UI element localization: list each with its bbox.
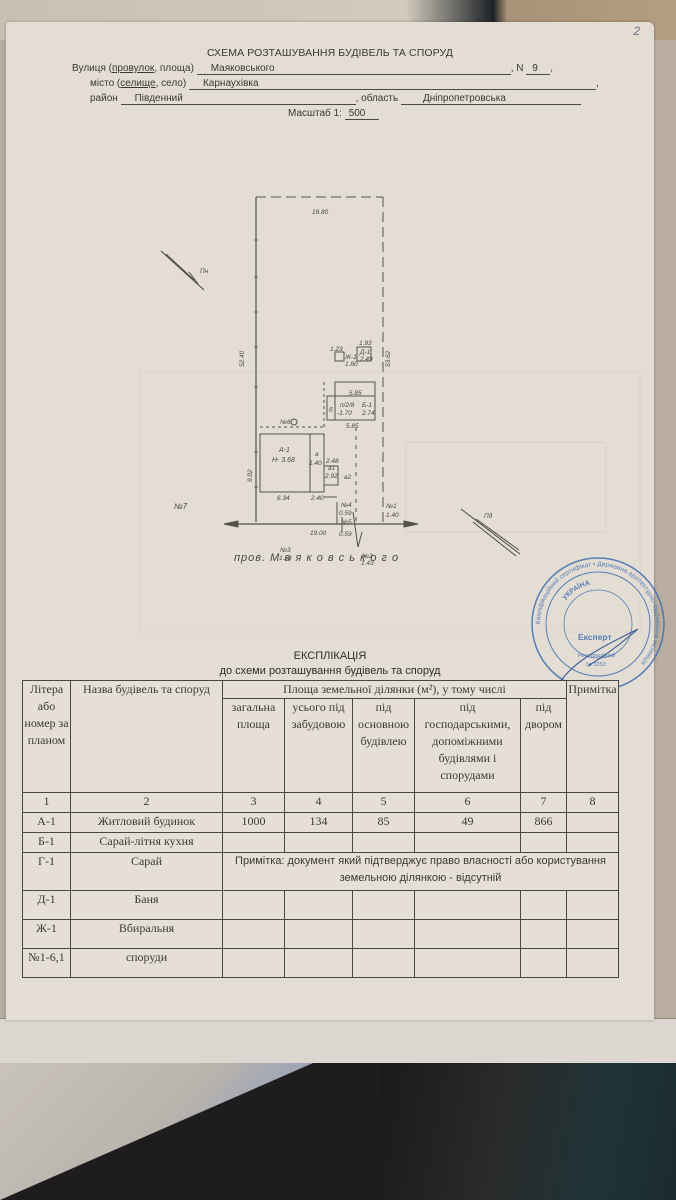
street-caption: пров. М а я к о в с ь к о г о — [234, 552, 399, 564]
svg-text:Пн: Пн — [200, 268, 209, 275]
document-page: 2 СХЕМА РОЗТАШУВАННЯ БУДІВЕЛЬ ТА СПОРУД … — [6, 22, 654, 1020]
header-total: загальна площа — [223, 699, 285, 793]
header-yard: під двором — [521, 699, 567, 793]
svg-text:5.85: 5.85 — [346, 423, 359, 430]
table-row: Б-1 Сарай-літня кухня — [23, 833, 619, 853]
svg-text:6.34: 6.34 — [277, 495, 290, 502]
table-row: Д-1 Баня — [23, 891, 619, 920]
svg-text:18.80: 18.80 — [312, 209, 329, 216]
svg-text:Б-1: Б-1 — [362, 402, 372, 409]
svg-text:№5: №5 — [341, 519, 352, 526]
table-header-row: Літера або номер за планом Назва будівел… — [23, 681, 619, 699]
missing-ownership-note: Примітка: документ який підтверджує прав… — [223, 853, 619, 891]
explication-title: ЕКСПЛІКАЦІЯ — [6, 650, 654, 662]
svg-text:Експерт: Експерт — [578, 632, 612, 642]
svg-text:Ж-1: Ж-1 — [344, 354, 357, 361]
svg-text:п/2/8: п/2/8 — [340, 402, 355, 409]
explication-table: Літера або номер за планом Назва будівел… — [22, 680, 619, 978]
svg-text:1.80: 1.80 — [345, 361, 358, 368]
table-row: №1-6,1 споруди — [23, 949, 619, 978]
svg-text:1.40: 1.40 — [386, 512, 399, 519]
svg-text:а2: а2 — [344, 474, 352, 481]
svg-text:Д-1: Д-1 — [359, 349, 371, 356]
svg-text:б: б — [329, 406, 333, 414]
header-letter: Літера або номер за планом — [23, 681, 71, 793]
svg-text:A-1: A-1 — [278, 447, 290, 454]
underlying-page-edge — [0, 1018, 676, 1063]
svg-text:1.23: 1.23 — [330, 346, 343, 353]
header-aux: під господарськими, допоміжними будівлям… — [415, 699, 521, 793]
svg-text:1.93: 1.93 — [359, 340, 372, 347]
explication-subtitle: до схеми розташування будівель та споруд — [6, 665, 654, 677]
header-name: Назва будівель та споруд — [71, 681, 223, 793]
svg-text:№1: №1 — [386, 503, 397, 510]
svg-text:1.40: 1.40 — [309, 460, 322, 467]
svg-text:Пд: Пд — [484, 512, 493, 520]
svg-text:№6: №6 — [280, 419, 291, 426]
svg-text:0.59: 0.59 — [339, 531, 352, 538]
svg-text:2.92: 2.92 — [324, 473, 338, 480]
svg-text:0.59: 0.59 — [339, 510, 352, 517]
svg-text:Н- 3.68: Н- 3.68 — [272, 457, 295, 464]
svg-text:5.85: 5.85 — [349, 390, 362, 397]
column-number-row: 1 2 3 4 5 6 7 8 — [23, 793, 619, 813]
svg-text:а: а — [315, 451, 319, 458]
table-row: Ж-1 Вбиральня — [23, 920, 619, 949]
svg-text:2.49: 2.49 — [359, 356, 373, 363]
table-row: Г-1 Сарай Примітка: документ який підтве… — [23, 853, 619, 891]
header-built: усього під забудовою — [285, 699, 353, 793]
svg-text:8.82: 8.82 — [247, 469, 254, 482]
svg-text:№7: №7 — [174, 502, 188, 511]
svg-text:-1.70: -1.70 — [337, 410, 352, 417]
svg-text:2.74: 2.74 — [361, 410, 375, 417]
svg-text:№4: №4 — [341, 502, 352, 509]
svg-text:53.62: 53.62 — [385, 350, 392, 367]
header-main: під основною будівлею — [353, 699, 415, 793]
svg-text:52.40: 52.40 — [239, 350, 246, 367]
header-note: Примітка — [567, 681, 619, 793]
header-area-group: Площа земельної ділянки (м²), у тому чис… — [223, 681, 567, 699]
svg-text:а1: а1 — [328, 465, 336, 472]
table-row: А-1 Житловий будинок 1000 134 85 49 866 — [23, 813, 619, 833]
svg-text:2.40: 2.40 — [310, 495, 324, 502]
svg-text:19.00: 19.00 — [310, 530, 327, 537]
north-arrow-icon — [161, 251, 204, 290]
background-bag — [380, 1060, 676, 1200]
svg-text:2.48: 2.48 — [325, 458, 339, 465]
